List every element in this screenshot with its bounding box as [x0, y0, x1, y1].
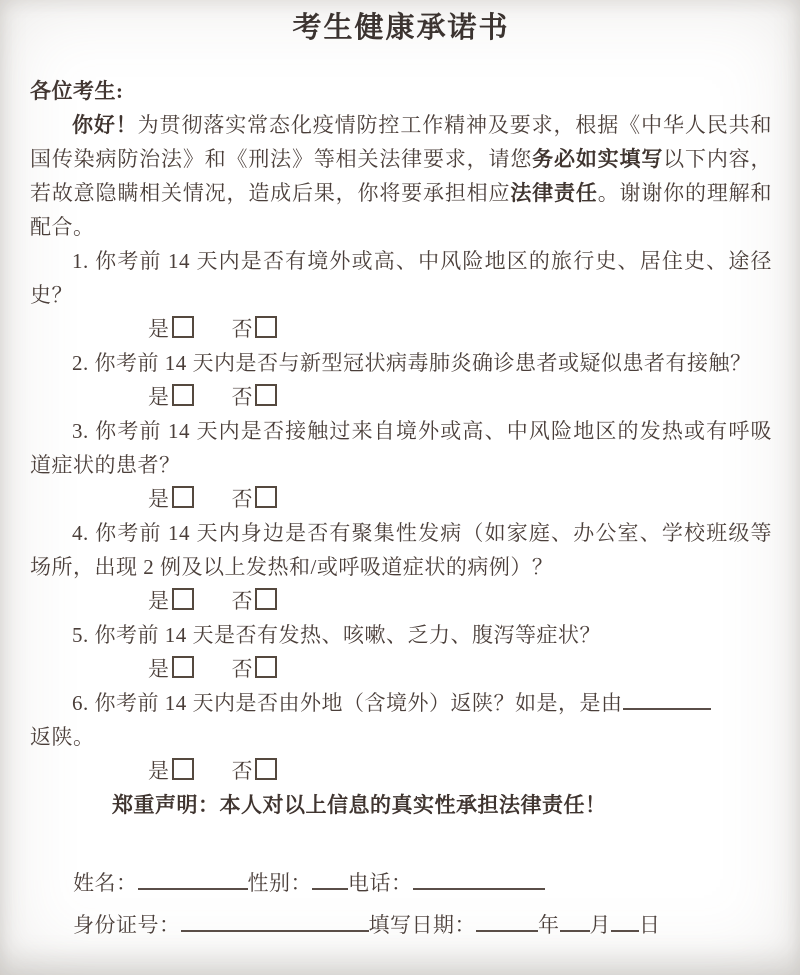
- option-no-2: 否: [232, 380, 278, 414]
- option-no-5: 否: [232, 652, 278, 686]
- option-no-label: 否: [232, 487, 254, 511]
- gender-blank[interactable]: [312, 866, 348, 890]
- answer-row-6: 是否: [148, 754, 772, 788]
- option-no-1: 否: [232, 312, 278, 346]
- question-4: 4. 你考前 14 天内身边是否有聚集性发病（如家庭、办公室、学校班级等场所，出…: [30, 516, 772, 584]
- checkbox-no-1[interactable]: [255, 316, 277, 338]
- intro-bold-legal-liability: 法律责任: [510, 181, 597, 205]
- option-yes-label: 是: [148, 385, 170, 409]
- checkbox-no-6[interactable]: [255, 758, 277, 780]
- option-no-4: 否: [232, 584, 278, 618]
- question-5: 5. 你考前 14 天是否有发热、咳嗽、乏力、腹泻等症状？: [30, 618, 772, 652]
- question-1: 1. 你考前 14 天内是否有境外或高、中风险地区的旅行史、居住史、途径史？: [30, 244, 772, 312]
- checkbox-yes-4[interactable]: [172, 588, 194, 610]
- option-yes-label: 是: [148, 589, 170, 613]
- option-no-label: 否: [232, 759, 254, 783]
- option-yes-3: 是: [148, 482, 194, 516]
- checkbox-no-4[interactable]: [255, 588, 277, 610]
- question-6-origin-blank[interactable]: [623, 686, 711, 710]
- checkbox-yes-2[interactable]: [172, 384, 194, 406]
- option-no-label: 否: [232, 657, 254, 681]
- health-commitment-document: 考生健康承诺书 各位考生: 你好！为贯彻落实常态化疫情防控工作精神及要求，根据《…: [0, 0, 800, 975]
- option-no-label: 否: [232, 317, 254, 341]
- question-3: 3. 你考前 14 天内是否接触过来自境外或高、中风险地区的发热或有呼吸道症状的…: [30, 414, 772, 482]
- option-no-label: 否: [232, 589, 254, 613]
- checkbox-yes-5[interactable]: [172, 656, 194, 678]
- option-no-3: 否: [232, 482, 278, 516]
- answer-row-1: 是否: [148, 312, 772, 346]
- answer-row-5: 是否: [148, 652, 772, 686]
- checkbox-yes-3[interactable]: [172, 486, 194, 508]
- checkbox-no-2[interactable]: [255, 384, 277, 406]
- name-label: 姓名：: [73, 871, 138, 895]
- year-label: 年: [538, 913, 560, 937]
- answer-row-3: 是否: [148, 482, 772, 516]
- day-blank[interactable]: [611, 908, 639, 932]
- option-yes-label: 是: [148, 317, 170, 341]
- gender-label: 性别：: [248, 871, 313, 895]
- intro-paragraph: 你好！为贯彻落实常态化疫情防控工作精神及要求，根据《中华人民共和国传染病防治法》…: [30, 108, 772, 244]
- form-row-identity: 姓名：性别：电话：: [73, 866, 772, 900]
- phone-label: 电话：: [348, 871, 413, 895]
- checkbox-no-5[interactable]: [255, 656, 277, 678]
- answer-row-2: 是否: [148, 380, 772, 414]
- option-yes-label: 是: [148, 487, 170, 511]
- checkbox-no-3[interactable]: [255, 486, 277, 508]
- option-no-6: 否: [232, 754, 278, 788]
- year-blank[interactable]: [476, 908, 538, 932]
- fill-date-label: 填写日期：: [369, 913, 477, 937]
- option-yes-1: 是: [148, 312, 194, 346]
- question-6-text: 6. 你考前 14 天内是否由外地（含境外）返陕？如是，是由: [72, 691, 623, 715]
- question-6-continuation: 返陕。: [30, 720, 772, 754]
- form-row-id-date: 身份证号：填写日期：年月日: [73, 908, 772, 942]
- option-yes-5: 是: [148, 652, 194, 686]
- option-yes-label: 是: [148, 657, 170, 681]
- intro-bold-fill-truthfully: 务必如实填写: [532, 147, 663, 171]
- page-title: 考生健康承诺书: [30, 8, 772, 48]
- option-yes-label: 是: [148, 759, 170, 783]
- answer-row-4: 是否: [148, 584, 772, 618]
- option-yes-2: 是: [148, 380, 194, 414]
- id-number-label: 身份证号：: [73, 913, 181, 937]
- checkbox-yes-1[interactable]: [172, 316, 194, 338]
- name-blank[interactable]: [138, 866, 248, 890]
- month-blank[interactable]: [560, 908, 590, 932]
- id-number-blank[interactable]: [181, 908, 369, 932]
- question-6: 6. 你考前 14 天内是否由外地（含境外）返陕？如是，是由: [30, 686, 772, 720]
- salutation: 各位考生:: [30, 74, 772, 108]
- checkbox-yes-6[interactable]: [172, 758, 194, 780]
- option-no-label: 否: [232, 385, 254, 409]
- declaration-statement: 郑重声明：本人对以上信息的真实性承担法律责任！: [112, 788, 772, 822]
- intro-greeting: 你好！: [72, 113, 138, 137]
- question-2: 2. 你考前 14 天内是否与新型冠状病毒肺炎确诊患者或疑似患者有接触？: [30, 346, 772, 380]
- month-label: 月: [590, 913, 612, 937]
- signature-form: 姓名：性别：电话： 身份证号：填写日期：年月日: [73, 866, 772, 942]
- option-yes-6: 是: [148, 754, 194, 788]
- phone-blank[interactable]: [413, 866, 545, 890]
- day-label: 日: [639, 913, 661, 937]
- option-yes-4: 是: [148, 584, 194, 618]
